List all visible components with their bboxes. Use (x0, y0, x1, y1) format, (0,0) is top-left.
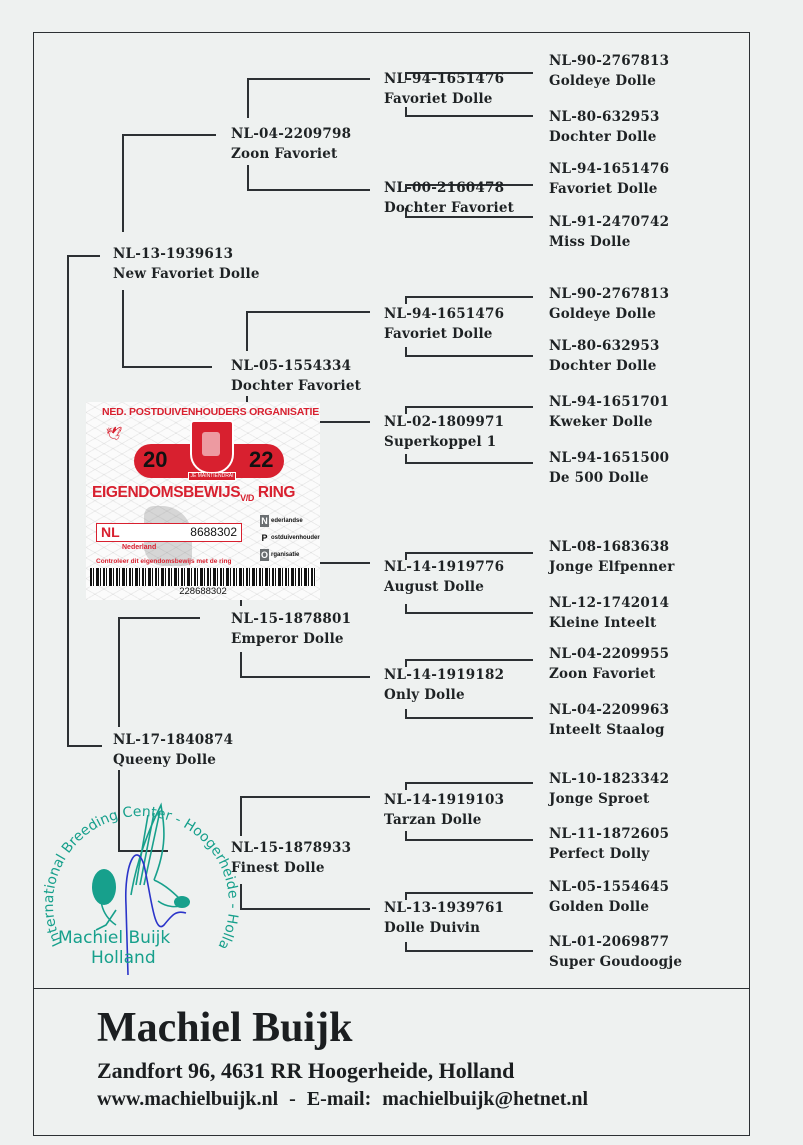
breeder-address: Zandfort 96, 4631 RR Hoogerheide, Hollan… (97, 1058, 514, 1084)
ring-number: NL-94-1651476 (384, 69, 504, 89)
bird-name: Golden Dolle (549, 897, 669, 917)
certificate-check-note: Controleer dit eigendomsbewijs met de ri… (96, 558, 231, 565)
bird-dam: NL-17-1840874 Queeny Dolle (113, 730, 233, 770)
npo-line: Organisatie (260, 546, 320, 563)
bird-gen3-4: NL-02-1809971 Superkoppel 1 (384, 412, 504, 452)
ring-number: NL-94-1651476 (384, 304, 504, 324)
connector-line (405, 454, 407, 462)
ring-number: NL-13-1939613 (113, 244, 260, 264)
connector-line (405, 355, 533, 357)
connector-line (405, 604, 407, 612)
ring-number: NL-14-1919103 (384, 790, 504, 810)
ring-number: NL-00-2160478 (384, 178, 514, 198)
bird-gen4-1: NL-90-2767813 Goldeye Dolle (549, 51, 669, 91)
ring-number: NL-02-1809971 (384, 412, 504, 432)
ring-number: NL-80-632953 (549, 336, 660, 356)
connector-line (405, 839, 533, 841)
npo-line: Postduivenhouders (260, 529, 320, 546)
connector-line (247, 78, 370, 80)
connector-line (405, 659, 533, 661)
bird-gen4-7: NL-94-1651701 Kweker Dolle (549, 392, 669, 432)
email-link[interactable]: machielbuijk@hetnet.nl (382, 1088, 588, 1110)
breeder-name: Machiel Buijk (97, 1004, 353, 1052)
connector-line (67, 255, 69, 745)
ring-number: NL-13-1939761 (384, 898, 504, 918)
connector-line (246, 311, 370, 313)
initial-word: rganisatie (271, 552, 299, 558)
connector-line (405, 942, 407, 950)
ring-number: NL-08-1683638 (549, 537, 675, 557)
bird-name: Superkoppel 1 (384, 432, 504, 452)
ring-number: NL-94-1651476 (549, 159, 669, 179)
bird-gen4-16: NL-01-2069877 Super Goudoogje (549, 932, 682, 972)
bird-name: Goldeye Dolle (549, 304, 669, 324)
ring-number: NL-10-1823342 (549, 769, 669, 789)
certificate-motto: JE MAINTIENDRAI (188, 472, 236, 481)
bird-gen4-11: NL-04-2209955 Zoon Favoriet (549, 644, 669, 684)
connector-line (405, 709, 407, 717)
bird-gen3-3: NL-94-1651476 Favoriet Dolle (384, 304, 504, 344)
ring-number: NL-14-1919182 (384, 665, 504, 685)
bird-gen2-4: NL-15-1878933 Finest Dolle (231, 838, 351, 878)
connector-line (405, 782, 407, 790)
bird-name: Jonge Sproet (549, 789, 669, 809)
ring-number: NL-05-1554334 (231, 356, 361, 376)
ring-number: NL-15-1878801 (231, 609, 351, 629)
bird-name: Dolle Duivin (384, 918, 504, 938)
bird-name: Perfect Dolly (549, 844, 669, 864)
ring-ownership-certificate: NED. POSTDUIVENHOUDERS ORGANISATIE 🕊 20 … (86, 402, 320, 600)
ring-number: 8688302 (190, 524, 237, 541)
breeder-contact: www.machielbuijk.nl - E-mail: machielbui… (97, 1088, 594, 1111)
bird-gen2-2: NL-05-1554334 Dochter Favoriet (231, 356, 361, 396)
bird-gen3-2: NL-00-2160478 Dochter Favoriet (384, 178, 514, 218)
connector-line (122, 134, 216, 136)
barcode (90, 568, 316, 586)
ring-number-box: NL 8688302 (96, 523, 242, 542)
website-link[interactable]: www.machielbuijk.nl (97, 1088, 278, 1110)
bird-gen3-8: NL-13-1939761 Dolle Duivin (384, 898, 504, 938)
ring-number: NL-05-1554645 (549, 877, 669, 897)
ring-number: NL-11-1872605 (549, 824, 669, 844)
lion-crest-icon (190, 420, 234, 474)
bird-name: Finest Dolle (231, 858, 351, 878)
connector-line (67, 745, 102, 747)
connector-line (405, 406, 533, 408)
ring-number: NL-94-1651701 (549, 392, 669, 412)
dove-icon: 🕊 (106, 426, 123, 442)
bird-name: Zoon Favoriet (231, 144, 351, 164)
bird-gen4-15: NL-05-1554645 Golden Dolle (549, 877, 669, 917)
connector-line (122, 134, 124, 232)
bird-name: De 500 Dolle (549, 468, 669, 488)
bird-name: Favoriet Dolle (549, 179, 669, 199)
bird-name: Queeny Dolle (113, 750, 233, 770)
initial-letter: N (260, 515, 269, 527)
connector-line (122, 366, 212, 368)
connector-line (247, 165, 249, 190)
certificate-title-main: EIGENDOMSBEWIJS (92, 484, 240, 501)
connector-line (122, 290, 124, 366)
bird-gen3-5: NL-14-1919776 August Dolle (384, 557, 504, 597)
email-label: E-mail: (307, 1088, 371, 1110)
connector-line (405, 462, 533, 464)
country-code: NL (101, 524, 120, 541)
bird-gen4-9: NL-08-1683638 Jonge Elfpenner (549, 537, 675, 577)
bird-gen4-8: NL-94-1651500 De 500 Dolle (549, 448, 669, 488)
connector-line (246, 311, 248, 351)
bird-name: Tarzan Dolle (384, 810, 504, 830)
connector-line (118, 617, 200, 619)
country-name: Nederland (122, 544, 156, 551)
bird-name: Dochter Dolle (549, 127, 660, 147)
ring-number: NL-80-632953 (549, 107, 660, 127)
contact-separator: - (289, 1088, 296, 1110)
connector-line (247, 189, 370, 191)
certificate-year-left: 20 (143, 447, 167, 473)
bird-name: Dochter Favoriet (384, 198, 514, 218)
bird-gen4-14: NL-11-1872605 Perfect Dolly (549, 824, 669, 864)
bird-name: Super Goudoogje (549, 952, 682, 972)
ring-number: NL-04-2209955 (549, 644, 669, 664)
bird-gen4-13: NL-10-1823342 Jonge Sproet (549, 769, 669, 809)
certificate-organisation: NED. POSTDUIVENHOUDERS ORGANISATIE (102, 406, 319, 418)
bird-gen4-10: NL-12-1742014 Kleine Inteelt (549, 593, 669, 633)
bird-name: August Dolle (384, 577, 504, 597)
bird-name: New Favoriet Dolle (113, 264, 260, 284)
ring-number: NL-04-2209963 (549, 700, 669, 720)
bird-sire: NL-13-1939613 New Favoriet Dolle (113, 244, 260, 284)
bird-gen4-6: NL-80-632953 Dochter Dolle (549, 336, 660, 376)
connector-line (405, 296, 407, 304)
certificate-title: EIGENDOMSBEWIJSV/D RING (92, 484, 295, 503)
npo-line: Nederlandse (260, 512, 320, 529)
stamp-inner-name: Machiel Buijk (58, 928, 170, 948)
bird-gen3-6: NL-14-1919182 Only Dolle (384, 665, 504, 705)
ring-number: NL-91-2470742 (549, 212, 669, 232)
bird-name: Dochter Dolle (549, 356, 660, 376)
stamp-inner-country: Holland (91, 948, 156, 968)
ring-number: NL-12-1742014 (549, 593, 669, 613)
bird-name: Emperor Dolle (231, 629, 351, 649)
connector-line (240, 796, 370, 798)
bird-gen3-7: NL-14-1919103 Tarzan Dolle (384, 790, 504, 830)
connector-line (405, 552, 533, 554)
connector-line (240, 652, 242, 676)
ring-number: NL-04-2209798 (231, 124, 351, 144)
connector-line (240, 908, 370, 910)
bird-gen4-3: NL-94-1651476 Favoriet Dolle (549, 159, 669, 199)
bird-name: Dochter Favoriet (231, 376, 361, 396)
ring-number: NL-14-1919776 (384, 557, 504, 577)
breeding-center-stamp: International Breeding Center - Hoogerhe… (36, 785, 241, 975)
connector-line (405, 717, 533, 719)
barcode-number: 228688302 (86, 586, 320, 597)
bird-gen4-2: NL-80-632953 Dochter Dolle (549, 107, 660, 147)
initial-word: ederlandse (271, 518, 303, 524)
connector-line (405, 831, 407, 839)
bird-gen4-5: NL-90-2767813 Goldeye Dolle (549, 284, 669, 324)
bird-gen4-12: NL-04-2209963 Inteelt Staalog (549, 700, 669, 740)
npo-initials: Nederlandse Postduivenhouders Organisati… (260, 512, 320, 563)
bird-name: Goldeye Dolle (549, 71, 669, 91)
bird-gen4-4: NL-91-2470742 Miss Dolle (549, 212, 669, 252)
connector-line (240, 676, 370, 678)
bird-name: Favoriet Dolle (384, 324, 504, 344)
connector-line (67, 255, 100, 257)
certificate-title-suffix: V/D (240, 493, 254, 503)
bird-name: Kleine Inteelt (549, 613, 669, 633)
bird-gen2-3: NL-15-1878801 Emperor Dolle (231, 609, 351, 649)
connector-line (247, 78, 249, 118)
bird-name: Only Dolle (384, 685, 504, 705)
bird-name: Zoon Favoriet (549, 664, 669, 684)
bird-name: Inteelt Staalog (549, 720, 669, 740)
initial-word: ostduivenhouders (271, 535, 320, 541)
connector-line (405, 115, 533, 117)
initial-letter: O (260, 549, 269, 561)
ring-number: NL-90-2767813 (549, 284, 669, 304)
connector-line (405, 950, 533, 952)
ring-number: NL-15-1878933 (231, 838, 351, 858)
ring-number: NL-90-2767813 (549, 51, 669, 71)
connector-line (405, 296, 533, 298)
connector-line (405, 612, 533, 614)
connector-line (405, 892, 533, 894)
connector-line (118, 617, 120, 727)
footer-divider (34, 988, 749, 989)
bird-name: Favoriet Dolle (384, 89, 504, 109)
bird-gen3-1: NL-94-1651476 Favoriet Dolle (384, 69, 504, 109)
ring-number: NL-17-1840874 (113, 730, 233, 750)
ring-number: NL-94-1651500 (549, 448, 669, 468)
initial-letter: P (260, 532, 269, 544)
connector-line (405, 782, 533, 784)
bird-name: Miss Dolle (549, 232, 669, 252)
bird-name: Kweker Dolle (549, 412, 669, 432)
connector-line (405, 347, 407, 355)
ring-number: NL-01-2069877 (549, 932, 682, 952)
certificate-year-right: 22 (249, 447, 273, 473)
bird-gen2-1: NL-04-2209798 Zoon Favoriet (231, 124, 351, 164)
certificate-title-end: RING (258, 484, 295, 501)
bird-name: Jonge Elfpenner (549, 557, 675, 577)
eagle-tail-icon (92, 869, 190, 908)
